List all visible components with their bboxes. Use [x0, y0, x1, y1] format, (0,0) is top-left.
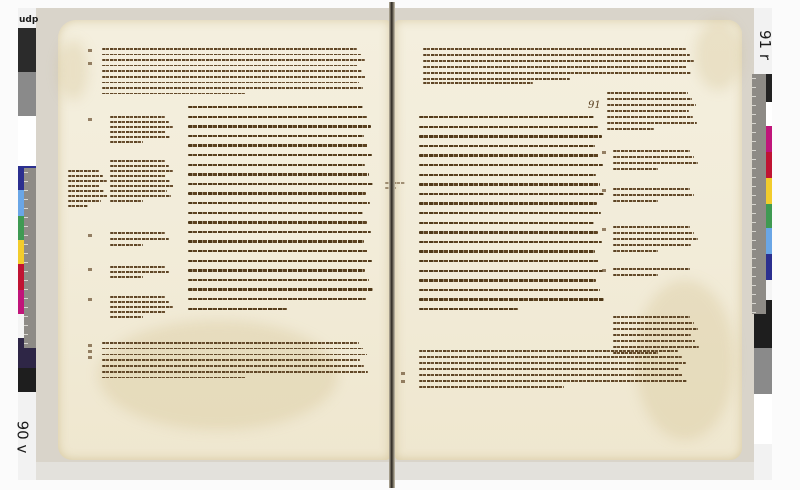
ruler-tick	[24, 172, 28, 173]
ruler-tick	[752, 168, 756, 169]
calibration-patch-white	[18, 116, 36, 166]
marginal-note-line	[110, 141, 143, 143]
top-commentary-line	[423, 72, 691, 74]
ruler-tick	[24, 289, 28, 290]
bottom-commentary-line	[419, 374, 683, 376]
main-text-line	[419, 135, 602, 137]
parchment-stain	[635, 280, 735, 440]
ruler-tick	[24, 235, 28, 236]
marginal-note-line	[110, 175, 166, 177]
ruler-tick	[752, 177, 756, 178]
ruler-tick	[24, 280, 28, 281]
calibration-patch-black	[18, 28, 36, 72]
main-text-line	[188, 173, 369, 175]
marginal-note-line	[613, 328, 698, 330]
bottom-commentary-line	[102, 354, 367, 356]
top-commentary-line	[102, 70, 362, 72]
main-text-line	[419, 164, 603, 166]
calibration-patch-white-3	[754, 394, 772, 444]
bottom-commentary-line	[419, 350, 678, 352]
top-commentary-line	[102, 65, 358, 67]
marginal-note-line	[110, 180, 170, 182]
ruler-tick	[24, 271, 28, 272]
main-text-line	[419, 126, 598, 128]
ruler-tick	[752, 231, 756, 232]
main-text-line	[188, 192, 366, 194]
top-commentary-line	[102, 48, 357, 50]
main-text-line	[188, 212, 363, 214]
main-text-line	[419, 154, 599, 156]
calibration-patch-gray	[18, 72, 36, 116]
marginal-reference-mark	[88, 298, 92, 301]
ruler-tick	[752, 195, 756, 196]
book-spine	[389, 2, 395, 488]
ruler-tick	[752, 141, 756, 142]
marginal-reference-mark	[602, 269, 606, 272]
marginal-note-line	[68, 205, 88, 207]
main-text-line	[188, 221, 367, 223]
ruler-tick	[752, 78, 756, 79]
main-text-line	[188, 279, 369, 281]
marginal-note-line	[607, 104, 696, 106]
right-folio-label: 91 r	[756, 30, 774, 60]
marginal-note-line	[613, 226, 690, 228]
marginal-note-line	[613, 244, 691, 246]
marginal-note-line	[110, 165, 169, 167]
ruler-tick	[752, 159, 756, 160]
ruler-tick	[752, 240, 756, 241]
bottom-commentary-line	[102, 371, 368, 373]
ruler-tick	[24, 262, 28, 263]
main-text-line	[419, 250, 595, 252]
marginal-reference-mark	[88, 49, 92, 52]
ruler-tick	[752, 123, 756, 124]
top-commentary-line	[423, 54, 690, 56]
marginal-reference-mark	[88, 62, 92, 65]
ruler-tick	[752, 114, 756, 115]
main-text-line	[419, 279, 596, 281]
marginal-reference-mark	[88, 350, 92, 353]
marginal-note-line	[68, 180, 107, 182]
marginal-note-line	[607, 92, 688, 94]
bottom-commentary-line	[419, 368, 679, 370]
marginal-note-line	[613, 346, 699, 348]
marginal-note-line	[607, 128, 654, 130]
ruler-tick	[24, 253, 28, 254]
marginal-reference-mark	[88, 344, 92, 347]
marginal-note-line	[110, 316, 143, 318]
main-text-line	[419, 212, 601, 214]
ruler-tick	[752, 96, 756, 97]
marginal-reference-mark	[88, 268, 92, 271]
top-commentary-line	[102, 54, 361, 56]
marginal-note-line	[68, 175, 103, 177]
marginal-note-line	[110, 126, 173, 128]
ruler-tick	[24, 316, 28, 317]
left-page-folio-90v	[58, 20, 390, 460]
marginal-note-line	[613, 334, 691, 336]
marginal-reference-mark	[88, 234, 92, 237]
marginal-note-line	[613, 162, 698, 164]
marginal-note-line	[613, 194, 694, 196]
marginal-note-line	[110, 170, 173, 172]
main-text-line	[188, 125, 371, 127]
main-text-line	[419, 145, 595, 147]
marginal-note-line	[613, 322, 694, 324]
marginal-note-line	[607, 116, 693, 118]
bottom-commentary-line	[419, 380, 687, 382]
ruler-tick	[24, 217, 28, 218]
ruler-tick	[24, 343, 28, 344]
marginal-note-line	[68, 190, 104, 192]
ruler-tick	[752, 249, 756, 250]
marginal-note-line	[110, 238, 169, 240]
folio-number: 91	[588, 100, 601, 111]
bottom-commentary-line	[102, 342, 359, 344]
marginal-note-line	[613, 268, 690, 270]
ruler-tick	[752, 285, 756, 286]
ruler-tick	[24, 199, 28, 200]
marginal-reference-mark	[401, 372, 405, 375]
ruler-tick	[752, 294, 756, 295]
marginal-note-line	[607, 122, 697, 124]
main-text-line	[188, 298, 366, 300]
marginal-reference-mark	[88, 118, 92, 121]
ruler-tick	[24, 307, 28, 308]
marginal-note-line	[110, 160, 165, 162]
main-text-line	[419, 222, 594, 224]
marginal-note-line	[110, 195, 171, 197]
bottom-commentary-line	[102, 359, 360, 361]
marginal-note-line	[110, 232, 165, 234]
main-text-line	[419, 241, 602, 243]
marginal-note-line	[110, 306, 173, 308]
marginal-reference-mark	[602, 151, 606, 154]
main-text-line	[188, 106, 363, 108]
ruler-tick	[752, 312, 756, 313]
marginal-note-line	[613, 200, 658, 202]
ruler-tick	[752, 105, 756, 106]
ruler-tick	[24, 226, 28, 227]
marginal-note-line	[613, 150, 690, 152]
top-commentary-line	[423, 78, 570, 80]
main-text-line	[419, 174, 596, 176]
parchment-stain	[695, 20, 742, 90]
marginal-note-line	[110, 200, 143, 202]
main-text-line	[188, 116, 367, 118]
marginal-note-line	[110, 276, 143, 278]
main-text-line	[419, 183, 600, 185]
main-text-line	[188, 154, 372, 156]
main-text-line	[419, 270, 603, 272]
bottom-commentary-line	[419, 356, 682, 358]
main-text-line	[188, 183, 373, 185]
marginal-note-line	[110, 136, 170, 138]
marginal-note-line	[110, 266, 165, 268]
top-commentary-line	[102, 82, 359, 84]
ruler-tick	[24, 244, 28, 245]
main-text-line	[419, 231, 598, 233]
top-commentary-line	[423, 66, 687, 68]
ruler-tick	[752, 87, 756, 88]
ruler-tick	[752, 303, 756, 304]
marginal-note-line	[110, 185, 174, 187]
marginal-reference-mark	[602, 189, 606, 192]
marginal-reference-mark	[401, 380, 405, 383]
parchment-stain	[58, 40, 88, 100]
marginal-note-line	[613, 188, 690, 190]
marginal-note-line	[607, 110, 689, 112]
marginal-reference-mark	[602, 228, 606, 231]
top-commentary-line	[423, 60, 694, 62]
bottom-commentary-line	[419, 362, 686, 364]
marginal-note-line	[110, 121, 169, 123]
ruler-tick	[752, 213, 756, 214]
marginal-note-line	[613, 316, 690, 318]
ruler-tick	[752, 258, 756, 259]
main-text-line	[188, 260, 372, 262]
main-text-line	[419, 260, 599, 262]
top-commentary-line	[423, 82, 533, 84]
main-text-line	[419, 202, 597, 204]
main-text-line	[419, 308, 518, 310]
parchment-stain	[98, 320, 338, 430]
ruler-tick	[752, 132, 756, 133]
marginal-reference-mark	[88, 356, 92, 359]
main-text-line	[188, 135, 364, 137]
manuscript-photo: udp 90 v 91 r 91	[0, 0, 800, 490]
ruler-tick	[752, 204, 756, 205]
main-text-line	[188, 288, 373, 290]
marginal-note-line	[110, 296, 165, 298]
ruler-tick	[24, 325, 28, 326]
marginal-note-line	[613, 156, 694, 158]
marginal-note-line	[68, 185, 100, 187]
top-commentary-line	[102, 87, 363, 89]
marginal-note-line	[607, 98, 692, 100]
main-text-line	[419, 289, 600, 291]
ruler-tick	[752, 276, 756, 277]
main-text-line	[188, 144, 368, 146]
marginal-note-line	[68, 200, 101, 202]
marginal-note-line	[613, 352, 658, 354]
ruler-tick	[24, 208, 28, 209]
right-measuring-ruler	[752, 74, 766, 314]
top-commentary-line	[102, 59, 365, 61]
marginal-note-line	[613, 238, 698, 240]
marginal-note-line	[110, 311, 166, 313]
ruler-tick	[24, 334, 28, 335]
main-text-line	[419, 116, 594, 118]
top-commentary-line	[102, 93, 245, 95]
main-text-line	[188, 240, 364, 242]
main-text-line	[188, 269, 365, 271]
marginal-note-line	[110, 244, 143, 246]
marginal-note-line	[68, 195, 108, 197]
marginal-note-line	[110, 116, 165, 118]
ruler-tick	[752, 267, 756, 268]
ruler-tick	[752, 150, 756, 151]
calibration-patch-gray	[754, 348, 772, 394]
marginal-note-line	[385, 182, 405, 184]
left-folio-label: 90 v	[13, 421, 31, 454]
main-text-line	[419, 298, 604, 300]
marginal-note-line	[613, 274, 658, 276]
ruler-tick	[752, 222, 756, 223]
marginal-note-line	[110, 301, 169, 303]
ruler-tick	[24, 181, 28, 182]
marginal-note-line	[613, 168, 658, 170]
marginal-note-line	[110, 271, 169, 273]
marginal-note-line	[613, 232, 694, 234]
marginal-note-line	[613, 250, 658, 252]
calibration-patch-black-2	[18, 368, 36, 392]
ruler-tick	[24, 298, 28, 299]
main-text-line	[419, 193, 604, 195]
main-text-line	[188, 202, 370, 204]
top-commentary-line	[102, 76, 366, 78]
marginal-note-line	[110, 190, 167, 192]
bottom-commentary-line	[102, 365, 364, 367]
marginal-note-line	[110, 131, 166, 133]
main-text-line	[188, 308, 287, 310]
top-commentary-line	[423, 48, 686, 50]
marginal-note-line	[68, 170, 99, 172]
main-text-line	[188, 231, 371, 233]
ruler-tick	[24, 190, 28, 191]
bottom-commentary-line	[419, 386, 564, 388]
marginal-note-line	[613, 340, 695, 342]
left-measuring-ruler	[24, 168, 36, 348]
main-text-line	[188, 164, 365, 166]
ruler-tick	[752, 186, 756, 187]
main-text-line	[188, 250, 368, 252]
right-page-folio-91r: 91	[395, 20, 742, 460]
left-strip-top-label: udp	[19, 15, 38, 25]
